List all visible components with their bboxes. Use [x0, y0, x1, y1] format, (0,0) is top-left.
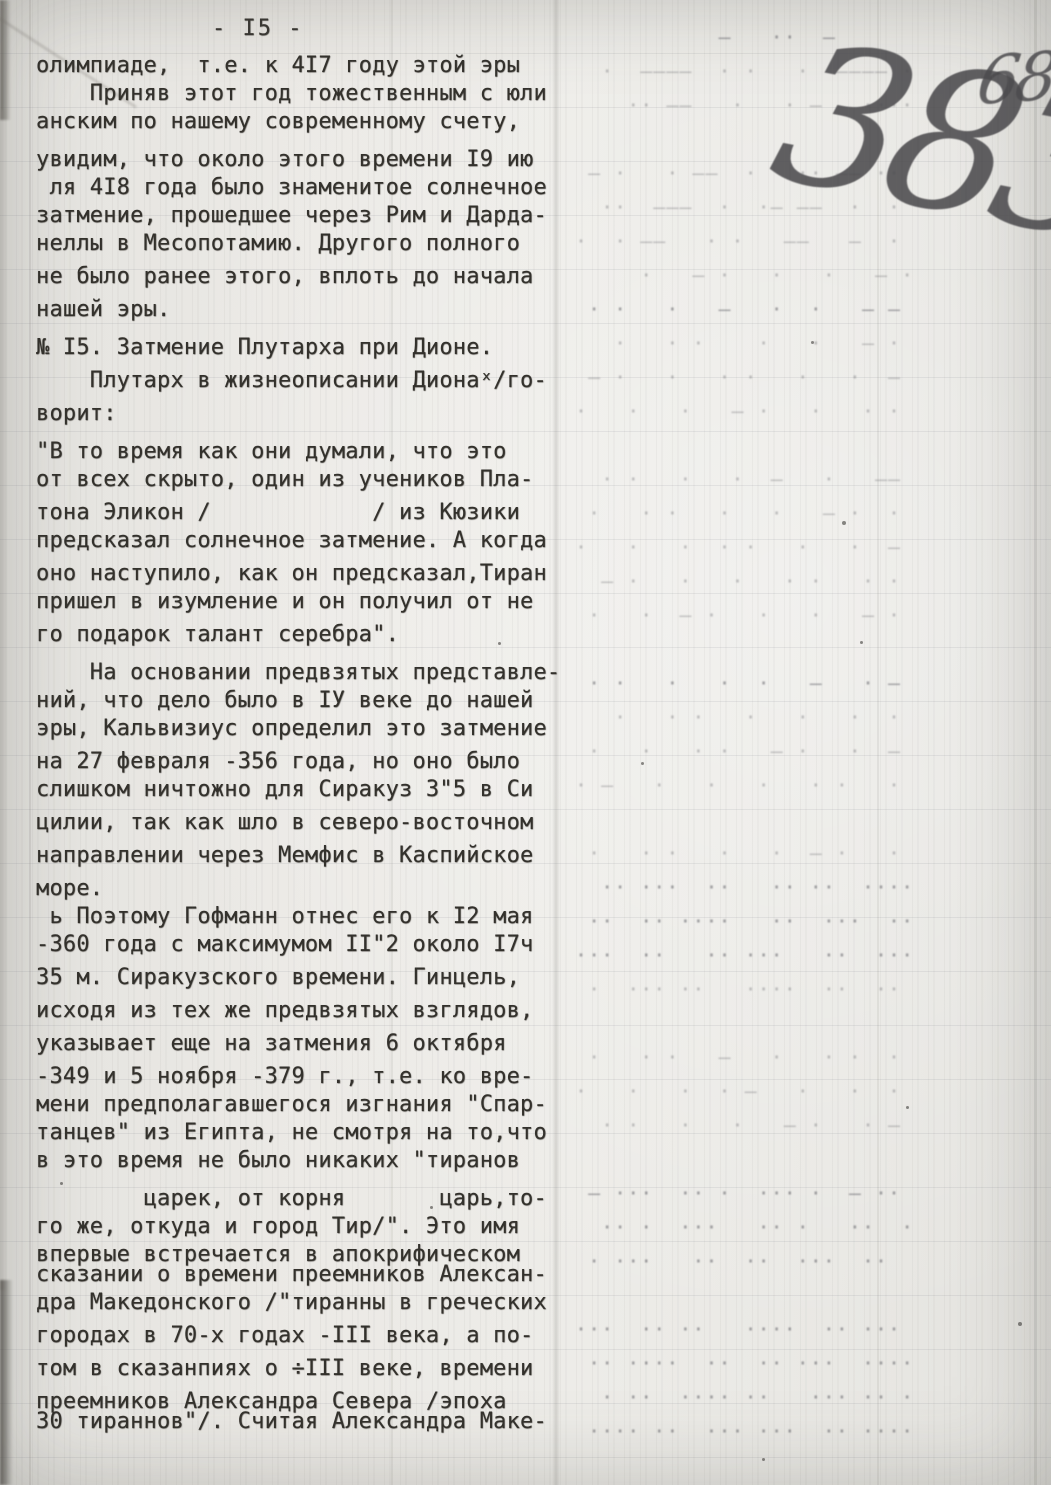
ghost-text-line: ·· ——— · ·— —— · · — [562, 190, 1046, 224]
typewritten-line: увидим, что около этого времени I9 ию — [36, 146, 558, 174]
typewritten-line: Плутарх в жизнеописании Дионаˣ/го- — [36, 367, 558, 395]
ghost-text-line: · · · · — · · — — [562, 734, 1046, 768]
ghost-text-line: · · · · · — · — — [562, 666, 1046, 700]
typewritten-line: го подарок талант серебра". — [36, 621, 558, 649]
ghost-text-line: ·· · ··· ·· · ·· · — [562, 1210, 1046, 1244]
typewritten-line: анским по нашему современному счету, — [36, 108, 558, 136]
ghost-text-line: · · —— · · —— — · — [562, 224, 1046, 258]
typewritten-line: сказании о времени преемников Алексан- — [36, 1261, 558, 1289]
ghost-text-line: — · · · · · · · — [562, 564, 1046, 598]
ghost-text-line: ··· ·· ·· ··· ·· ··· — [562, 938, 1046, 972]
typewritten-line: направлении через Мемфис в Каспийское — [36, 842, 558, 870]
ghost-text-line: — ··· ·· · ··· · — ·· — [562, 1176, 1046, 1210]
typewritten-line: затмение, прошедшее через Рим и Дарда- — [36, 202, 558, 230]
ghost-text-line: ···· ·· ··· ··· ·· ···· — [562, 1414, 1046, 1448]
scan-edge-shadow — [0, 110, 7, 1290]
typewritten-line: предсказал солнечное затмение. А когда — [36, 527, 558, 555]
ghost-text-line — [562, 1006, 1046, 1040]
typewritten-line: олимпиаде, т.е. к 4I7 году этой эры — [36, 52, 558, 80]
typewritten-line: Приняв этот год тожественным с юли — [36, 80, 558, 108]
typewritten-line: в это время не было никаких "тиранов — [36, 1147, 558, 1175]
ghost-text-line — [562, 1142, 1046, 1176]
ghost-text-line: · · · — · · · · — [562, 394, 1046, 428]
ghost-text-line: · ·· ···· ·· ··· ·· · — [562, 1380, 1046, 1414]
ghost-text-line — [562, 428, 1046, 462]
typewritten-line: оно наступило, как он предсказал,Тиран — [36, 560, 558, 588]
typewritten-line: 30 тираннов"/. Считая Александра Маке- — [36, 1408, 558, 1436]
page-number: - I5 - — [36, 14, 558, 44]
ghost-text-line: — ·· — — [562, 20, 1046, 54]
typewritten-line: дра Македонского /"тиранны в греческих — [36, 1289, 558, 1317]
ghost-text-line: ·· ··· ·· ·· ·· ···· — [562, 870, 1046, 904]
ghost-text-line: · · · · — · · · — [562, 1074, 1046, 1108]
typewritten-line: эры, Кальвизиус определил это затмение — [36, 715, 558, 743]
typewritten-line: пришел в изумление и он получил от не — [36, 588, 558, 616]
typewritten-line: ь Поэтому Гофманн отнес его к I2 мая — [36, 903, 558, 931]
ghost-text-line: · · — · · · — · — [562, 598, 1046, 632]
ghost-text-line: ·· —— · · — ···· — [562, 88, 1046, 122]
ghost-text-line: · · · · · · · — [562, 700, 1046, 734]
scan-edge-shadow — [0, 1280, 13, 1485]
typewritten-line: нашей эры. — [36, 296, 558, 324]
typewritten-line: ний, что дело было в IУ веке до нашей — [36, 687, 558, 715]
typewritten-line: царек, от корня царь,то- — [36, 1185, 558, 1213]
ghost-text-line: ··· ·· ·· ···· ·· ··· — [562, 1312, 1046, 1346]
ghost-text-line: · · · · — · · — — [562, 1108, 1046, 1142]
scan-edge-shadow — [0, 0, 11, 120]
typewritten-line: цилии, так как шло в северо-воcточном — [36, 809, 558, 837]
ghost-text-line: · ··· ·· ···· ·· ·· — [562, 972, 1046, 1006]
typewritten-line: На основании предвзятых представле- — [36, 659, 558, 687]
typewritten-line: тона Эликон / / из Кюзики — [36, 499, 558, 527]
typewritten-line: -360 года с максимумом II"2 около I7ч — [36, 931, 558, 959]
typewritten-line: ля 4I8 года было знаменитое солнечное — [36, 174, 558, 202]
typewritten-line: 35 м. Сиракузского времени. Гинцель, — [36, 964, 558, 992]
ghost-text-line — [562, 1278, 1046, 1312]
typewritten-line: го же, откуда и город Тир/". Это имя — [36, 1213, 558, 1241]
ghost-text-line: · · · · · · · — — [562, 530, 1046, 564]
typewritten-text-column: - I5 - олимпиаде, т.е. к 4I7 году этой э… — [36, 14, 558, 1436]
ghost-text-line: — · · —— · ·· —— ·· — [562, 156, 1046, 190]
ghost-text-line: · ———— · · · ———— · — [562, 54, 1046, 88]
typewritten-line: "В то время как они думали, что это — [36, 438, 558, 466]
typewritten-line: № I5. Затмение Плутарха при Дионе. — [36, 334, 558, 362]
fold-line — [29, 0, 31, 1485]
typewritten-line: ворит: — [36, 400, 558, 428]
typewritten-line: от всех скрыто, один из учеников Пла- — [36, 466, 558, 494]
ghost-text-line: · · · · · — · · — [562, 496, 1046, 530]
ghost-text-line: · · · · · — · — [562, 326, 1046, 360]
ghost-text-line: ·· ···· ·· ·· ··· ···· — [562, 1346, 1046, 1380]
typewritten-line: городах в 70-х годах -III века, а по- — [36, 1322, 558, 1350]
ghost-text-line: · ··· ·· ·· ··· ·· — [562, 1244, 1046, 1278]
ink-speck — [762, 1458, 765, 1461]
ghost-text-lines: — ·· — · ———— · · · ———— · ·· —— · · — ·… — [562, 20, 1046, 1448]
ghost-page-column: — ·· — · ———— · · · ———— · ·· —— · · — ·… — [562, 20, 1046, 1448]
typewritten-line: неллы в Месопотамию. Другого полного — [36, 230, 558, 258]
ghost-text-line: · · · · — · —— — [562, 462, 1046, 496]
typewritten-line: не было ранее этого, вплоть до начала — [36, 263, 558, 291]
ghost-text-line: · · · — · · — — — [562, 292, 1046, 326]
ghost-text-line: ·· ·· ···· ·· ··· ·· — [562, 904, 1046, 938]
ghost-text-line — [562, 632, 1046, 666]
typewritten-line: указывает еще на затмения 6 октября — [36, 1030, 558, 1058]
ghost-text-line: · — · · · — · — [562, 258, 1046, 292]
ghost-text-line: · · · · · — · · — [562, 836, 1046, 870]
typed-text-lines: олимпиаде, т.е. к 4I7 году этой эры Прин… — [36, 52, 558, 1436]
typewritten-line: исходя из тех же предвзятых взглядов, — [36, 997, 558, 1025]
typewritten-line: -349 и 5 ноября -379 г., т.е. ко вре- — [36, 1063, 558, 1091]
ghost-text-line: · — · · · · · · — [562, 768, 1046, 802]
typewritten-line: мени предполагавшегося изгнания "Спар- — [36, 1091, 558, 1119]
ghost-text-line — [562, 802, 1046, 836]
ghost-text-line — [562, 122, 1046, 156]
typewritten-line: море. — [36, 875, 558, 903]
ghost-text-line: — · · · · · · — — [562, 360, 1046, 394]
typewritten-line: танцев" из Египта, не смотря на то,что — [36, 1119, 558, 1147]
typewritten-line: слишком ничтожно для Сиракуз 3"5 в Си — [36, 776, 558, 804]
typewritten-line: том в сказанпиях о ÷III веке, времени — [36, 1355, 558, 1383]
scanned-document-page: - I5 - олимпиаде, т.е. к 4I7 году этой э… — [0, 0, 1051, 1485]
typewritten-line: на 27 февраля -356 года, но оно было — [36, 748, 558, 776]
ghost-text-line: · · · — · · · · — [562, 1040, 1046, 1074]
